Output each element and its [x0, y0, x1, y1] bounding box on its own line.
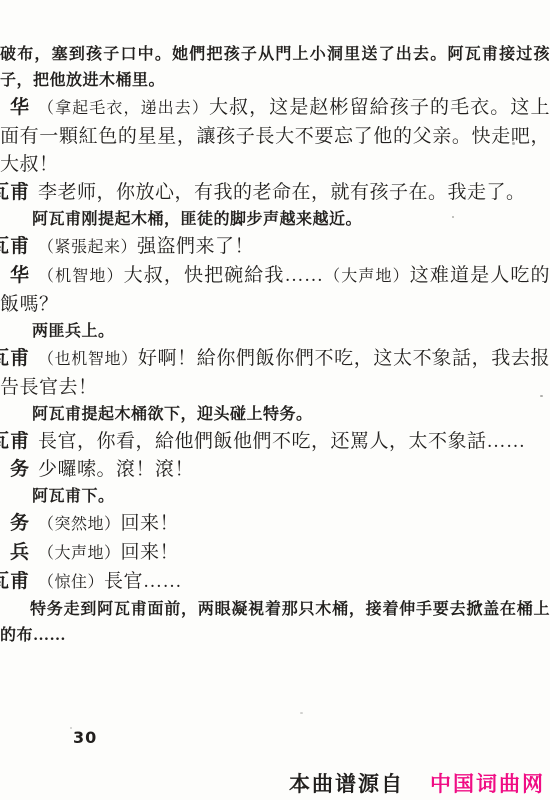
speaker-name: 特 务 [0, 456, 30, 484]
scanned-page: 破布，塞到孩子口中。她們把孩子从門上小洞里送了出去。阿瓦甫接过孩子，把他放进木桶… [0, 0, 550, 800]
inline-stage-note: （紧張起来） [38, 239, 137, 256]
footer-source-label: 本曲谱源自 [289, 773, 404, 796]
inline-stage-note: （也机智地） [38, 351, 138, 368]
speech-paragraph: 李 华（拿起毛衣，递出去）大叔，这是赵彬留給孩子的毛衣。这上面有一顆紅色的星星，… [0, 94, 550, 179]
inline-stage-note: （拿起毛衣，递出去） [38, 100, 209, 117]
speaker-name: 匪 兵 [0, 539, 30, 567]
dialogue-text: 少囉嗦。滾！滾！ [38, 459, 194, 480]
ink-speck [300, 712, 303, 714]
dialogue-text: 强盗們来了！ [137, 236, 254, 257]
speaker-name: 阿瓦甫 [0, 568, 30, 596]
speaker-name: 李 华 [0, 94, 30, 122]
ink-speck [512, 142, 515, 145]
speech-paragraph: 阿瓦甫（紧張起来）强盗們来了！ [0, 233, 550, 262]
script-text-block: 破布，塞到孩子口中。她們把孩子从門上小洞里送了出去。阿瓦甫接过孩子，把他放进木桶… [0, 42, 550, 649]
inline-stage-note: （机智地） [38, 268, 124, 285]
dialogue-text: 回来！ [121, 513, 180, 534]
speaker-name: 特 务 [0, 510, 30, 538]
dialogue-text: 大叔，快把碗給我…… [124, 265, 324, 286]
inline-stage-note: （大声地） [324, 268, 410, 285]
stage-direction: 阿瓦甫刚提起木桶，匪徒的脚步声越来越近。 [0, 207, 550, 233]
speaker-name: 阿瓦甫 [0, 345, 30, 373]
inline-stage-note: （惊住） [38, 574, 104, 591]
dialogue-text: 長官，你看，給他們飯他們不吃，还罵人，太不象話…… [38, 431, 526, 452]
dialogue-text: 回来！ [121, 542, 180, 563]
speaker-name: 阿瓦甫 [0, 428, 30, 456]
speaker-name: 李 华 [0, 262, 30, 290]
stage-direction: 特务走到阿瓦甫面前，两眼凝視着那只木桶，接着伸手要去掀盖在桶上的布…… [0, 597, 550, 649]
speaker-name: 阿瓦甫 [0, 179, 30, 207]
ink-speck [432, 352, 434, 354]
dialogue-text: 長官…… [104, 571, 182, 592]
speech-paragraph: 特 务少囉嗦。滾！滾！ [0, 456, 550, 484]
stage-direction: 阿瓦甫提起木桶欲下，迎头碰上特务。 [0, 402, 550, 428]
speech-paragraph: 匪 兵（大声地）回来！ [0, 539, 550, 568]
stage-direction: 阿瓦甫下。 [0, 484, 550, 510]
dialogue-text: 李老师，你放心，有我的老命在，就有孩子在。我走了。 [38, 182, 526, 203]
inline-stage-note: （突然地） [38, 516, 121, 533]
ink-speck [452, 216, 454, 218]
page-number: 30 [73, 728, 97, 747]
inline-stage-note: （大声地） [38, 545, 121, 562]
ink-speck [70, 727, 72, 729]
stage-direction: 两匪兵上。 [0, 319, 550, 345]
speech-paragraph: 李 华（机智地）大叔，快把碗給我……（大声地）这难道是人吃的飯嗎？ [0, 262, 550, 319]
footer-site-name: 中国词曲网 [430, 773, 545, 796]
speech-paragraph: 阿瓦甫長官，你看，給他們飯他們不吃，还罵人，太不象話…… [0, 428, 550, 456]
speech-paragraph: 阿瓦甫李老师，你放心，有我的老命在，就有孩子在。我走了。 [0, 179, 550, 207]
stage-direction: 破布，塞到孩子口中。她們把孩子从門上小洞里送了出去。阿瓦甫接过孩子，把他放进木桶… [0, 42, 550, 94]
speech-paragraph: 特 务（突然地）回来！ [0, 510, 550, 539]
speech-paragraph: 阿瓦甫（也机智地）好啊！給你們飯你們不吃，这太不象話，我去报告長官去！ [0, 345, 550, 402]
footer-watermark: 本曲谱源自中国词曲网 [289, 768, 545, 798]
speech-paragraph: 阿瓦甫（惊住）長官…… [0, 568, 550, 597]
ink-speck [540, 395, 543, 397]
speaker-name: 阿瓦甫 [0, 233, 30, 261]
